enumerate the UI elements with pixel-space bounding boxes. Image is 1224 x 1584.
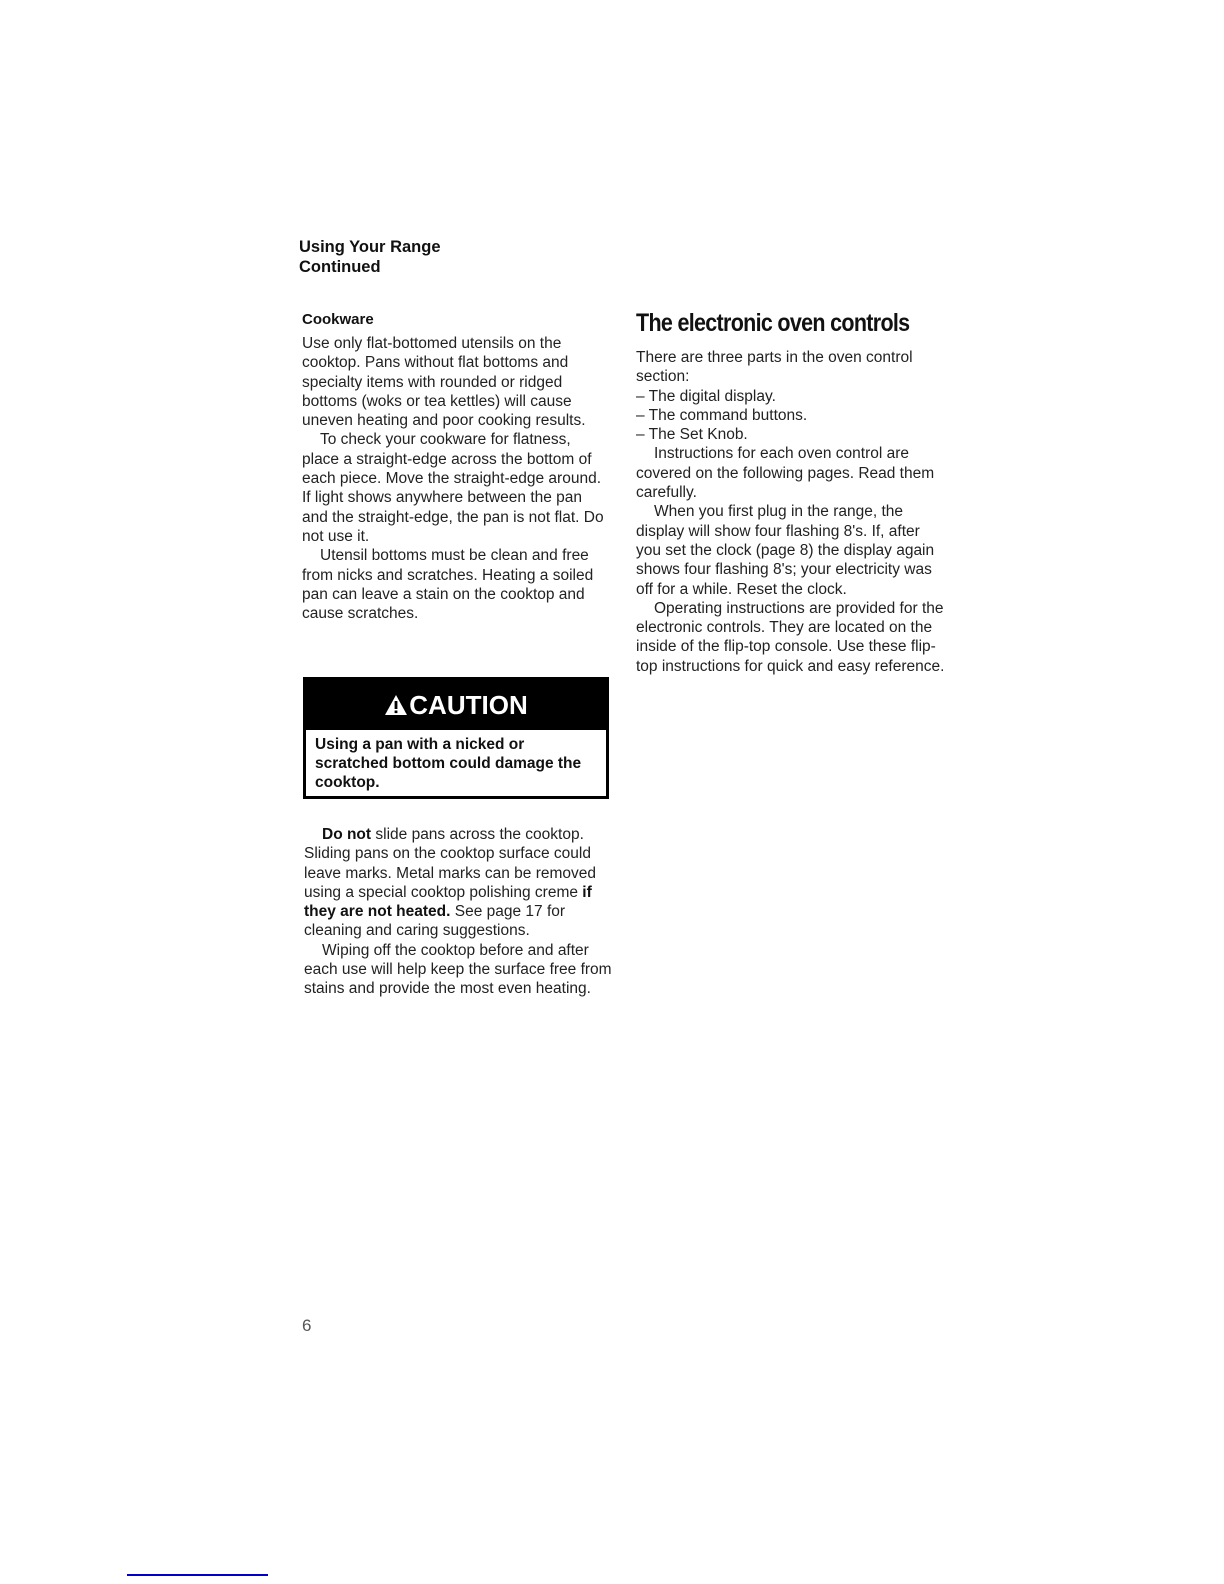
caution-box: CAUTION Using a pan with a nicked or scr… [303, 677, 609, 799]
intro: There are three parts in the oven contro… [636, 348, 946, 387]
paragraph: Operating instructions are provided for … [636, 599, 946, 676]
section-title: Using Your Range Continued [299, 237, 441, 277]
paragraph: Instructions for each oven control are c… [636, 444, 946, 502]
list-item: – The command buttons. [636, 406, 946, 425]
paragraph: When you first plug in the range, the di… [636, 502, 946, 598]
list-item: – The Set Knob. [636, 425, 946, 444]
section-title-line1: Using Your Range [299, 237, 441, 257]
paragraph: Use only flat-bottomed utensils on the c… [302, 334, 612, 430]
caution-title: CAUTION [409, 690, 527, 721]
emphasis-do-not: Do not [322, 826, 371, 843]
warning-triangle-icon [384, 694, 408, 716]
oven-controls-text: There are three parts in the oven contro… [636, 348, 946, 676]
caution-message: Using a pan with a nicked or scratched b… [306, 730, 606, 792]
paragraph: To check your cookware for flatness, pla… [302, 430, 612, 546]
oven-controls-heading: The electronic oven controls [636, 307, 909, 339]
paragraph: Do not slide pans across the cooktop. Sl… [304, 825, 614, 941]
page-number: 6 [302, 1316, 311, 1336]
caution-header: CAUTION [306, 680, 606, 730]
paragraph: Wiping off the cooktop before and after … [304, 941, 614, 999]
cooktop-care-text: Do not slide pans across the cooktop. Sl… [304, 825, 614, 999]
footer-rule [127, 1574, 268, 1576]
list-item: – The digital display. [636, 387, 946, 406]
cookware-subheading: Cookware [302, 311, 374, 329]
section-title-line2: Continued [299, 257, 441, 277]
cookware-text: Use only flat-bottomed utensils on the c… [302, 334, 612, 623]
paragraph: Utensil bottoms must be clean and free f… [302, 546, 612, 623]
